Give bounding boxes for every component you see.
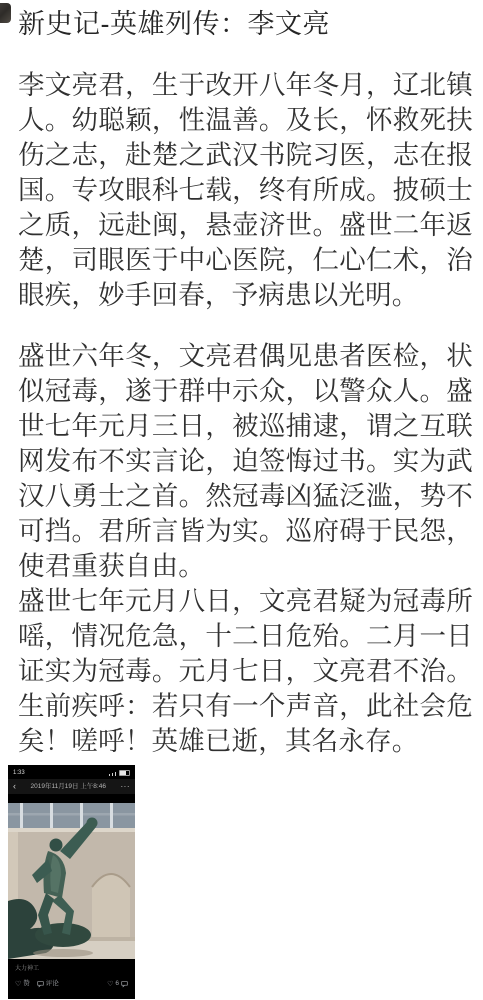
back-chevron-icon[interactable]: ‹ [13, 782, 16, 791]
paragraph-2: 盛世六年冬，文亮君偶见患者医检，状似冠毒，遂于群中示众，以警众人。盛世七年元月三… [18, 339, 473, 584]
phone-nav-bar: ‹ 2019年11月19日 上午8:46 ··· [8, 779, 135, 794]
page-title: 新史记-英雄列传：李文亮 [18, 6, 473, 42]
paragraph-1: 李文亮君，生于改开八年冬月，辽北镇人。幼聪颖，性温善。及长，怀救死扶伤之志，赴楚… [18, 68, 473, 313]
nav-date-title: 2019年11月19日 上午8:46 [31, 783, 106, 790]
comment-label: 评论 [46, 980, 59, 988]
moments-screenshot-thumbnail[interactable]: 1:33 ‹ 2019年11月19日 上午8:46 ··· [8, 765, 135, 999]
like-count: 6 [115, 980, 119, 988]
status-time: 1:33 [13, 770, 25, 776]
like-count-group: ♡ 6 [107, 980, 128, 988]
paragraph-3: 盛世七年元月八日，文亮君疑为冠毒所嗂，情况危急，十二日危殆。二月一日证实为冠毒。… [18, 584, 473, 759]
comment-bubble-icon [121, 981, 128, 988]
battery-icon [119, 770, 130, 776]
article-page: 新史记-英雄列传：李文亮 李文亮君，生于改开八年冬月，辽北镇人。幼聪颖，性温善。… [0, 0, 483, 1000]
photo-caption: 大力神工 [8, 959, 135, 973]
like-label: 赞 [23, 980, 30, 988]
heart-icon: ♡ [15, 981, 21, 988]
like-button[interactable]: ♡ 赞 [15, 980, 30, 988]
more-icon[interactable]: ··· [121, 783, 131, 791]
signal-icon [112, 773, 113, 776]
avatar[interactable] [0, 3, 11, 23]
statue-photo[interactable] [8, 803, 135, 959]
moments-action-bar: ♡ 赞 评论 ♡ 6 [8, 973, 135, 988]
phone-status-bar: 1:33 [8, 765, 135, 779]
comment-bubble-icon [37, 981, 44, 988]
signal-icon [115, 772, 116, 776]
heart-icon: ♡ [107, 981, 113, 988]
status-icons [109, 770, 130, 776]
comment-button[interactable]: 评论 [37, 980, 59, 988]
signal-icon [109, 774, 110, 776]
